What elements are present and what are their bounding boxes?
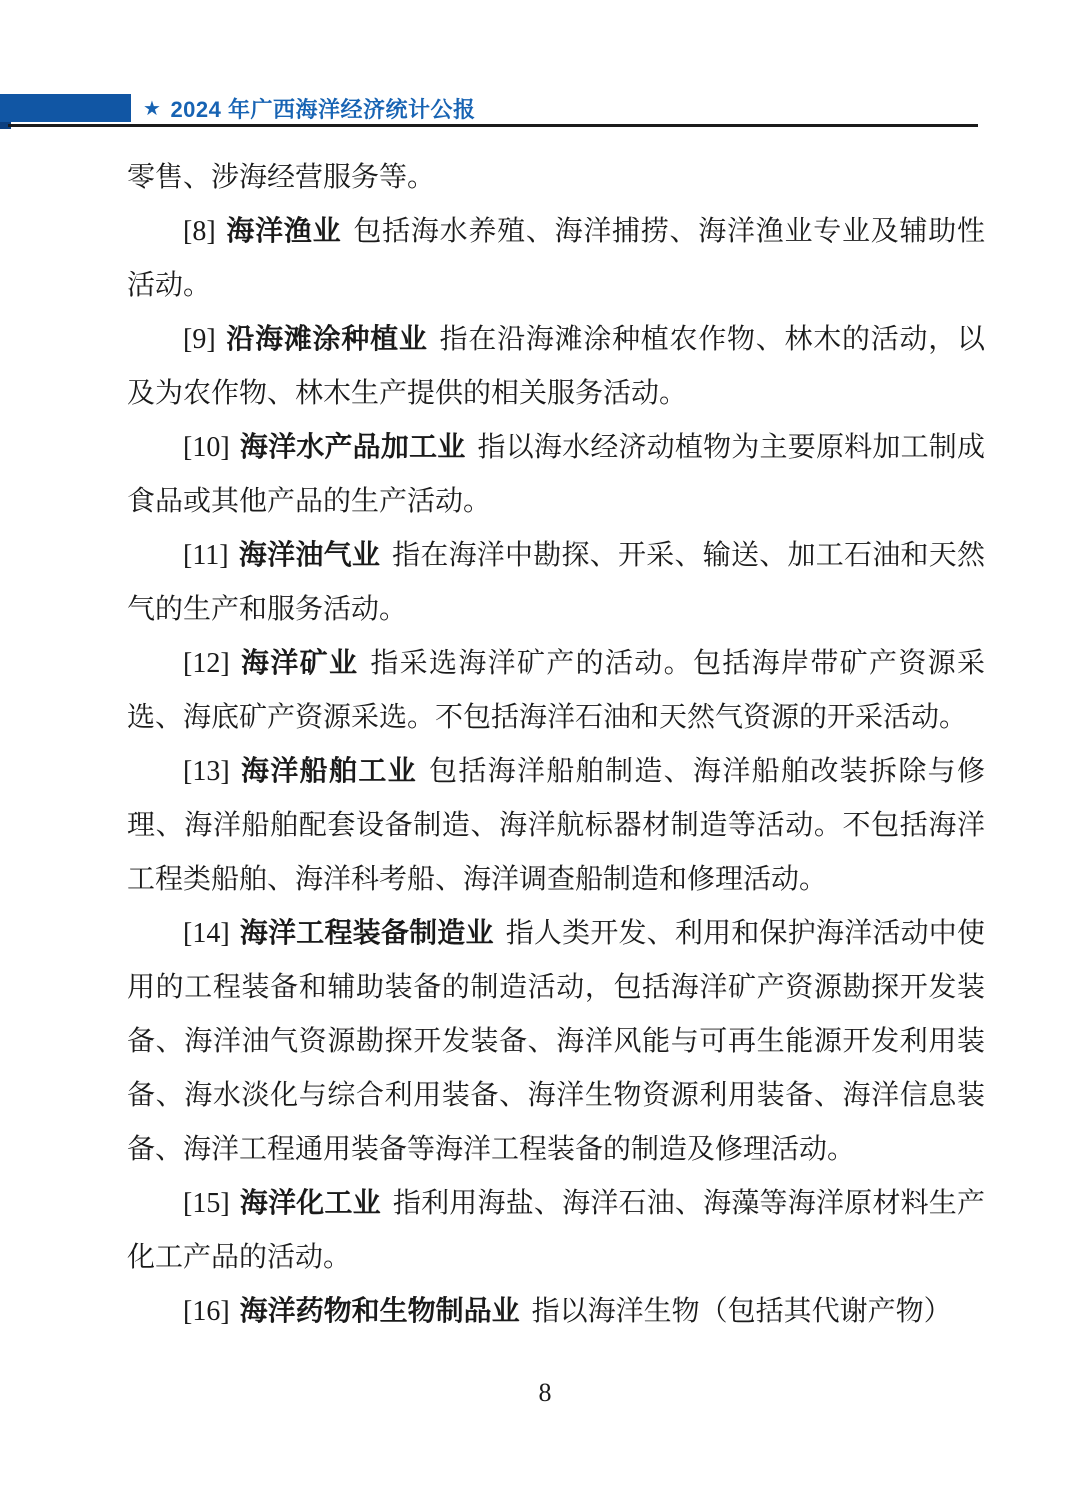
paragraph-number: [14] [183,918,230,949]
paragraph-term: 海洋船舶工业 [240,756,417,787]
paragraph-12: [12]海洋矿业指采选海洋矿产的活动。包括海岸带矿产资源采选、海底矿产资源采选。… [127,637,985,745]
document-body: 零售、涉海经营服务等。 [8]海洋渔业包括海水养殖、海洋捕捞、海洋渔业专业及辅助… [127,151,985,1339]
paragraph-term: 海洋工程装备制造业 [240,918,494,949]
paragraph-13: [13]海洋船舶工业包括海洋船舶制造、海洋船舶改装拆除与修理、海洋船舶配套设备制… [127,745,985,907]
page-number: 8 [0,1378,1090,1408]
paragraph-text: 指人类开发、利用和保护海洋活动中使用的工程装备和辅助装备的制造活动，包括海洋矿产… [127,918,985,1165]
header-accent-bar [0,94,131,122]
header-rule [8,124,978,127]
paragraph-number: [9] [183,324,216,355]
paragraph-9: [9]沿海滩涂种植业指在沿海滩涂种植农作物、林木的活动，以及为农作物、林木生产提… [127,313,985,421]
paragraph-number: [15] [183,1188,230,1219]
paragraph-number: [16] [183,1296,230,1327]
paragraph-10: [10]海洋水产品加工业指以海水经济动植物为主要原料加工制成食品或其他产品的生产… [127,421,985,529]
paragraph-term: 海洋矿业 [240,648,359,679]
paragraph-number: [10] [183,432,230,463]
paragraph-8: [8]海洋渔业包括海水养殖、海洋捕捞、海洋渔业专业及辅助性活动。 [127,205,985,313]
paragraph-15: [15]海洋化工业指利用海盐、海洋石油、海藻等海洋原材料生产化工产品的活动。 [127,1177,985,1285]
paragraph-text: 零售、涉海经营服务等。 [127,162,435,193]
paragraph-16: [16]海洋药物和生物制品业指以海洋生物（包括其代谢产物） [127,1285,985,1339]
paragraph-14: [14]海洋工程装备制造业指人类开发、利用和保护海洋活动中使用的工程装备和辅助装… [127,907,985,1177]
paragraph-number: [13] [183,756,230,787]
paragraph-term: 海洋渔业 [226,216,342,247]
paragraph-number: [11] [183,540,229,571]
paragraph-11: [11]海洋油气业指在海洋中勘探、开采、输送、加工石油和天然气的生产和服务活动。 [127,529,985,637]
paragraph-term: 沿海滩涂种植业 [226,324,428,355]
paragraph-term: 海洋药物和生物制品业 [240,1296,520,1327]
paragraph-term: 海洋化工业 [240,1188,381,1219]
paragraph-term: 海洋水产品加工业 [240,432,466,463]
header-title-text: 2024 年广西海洋经济统计公报 [170,93,475,124]
paragraph-text: 指以海洋生物（包括其代谢产物） [532,1296,952,1327]
paragraph-number: [8] [183,216,216,247]
document-page: ★2024 年广西海洋经济统计公报 零售、涉海经营服务等。 [8]海洋渔业包括海… [0,0,1090,1489]
paragraph-number: [12] [183,648,230,679]
star-icon: ★ [143,96,161,121]
paragraph-term: 海洋油气业 [239,540,380,571]
paragraph-continuation: 零售、涉海经营服务等。 [127,151,985,205]
page-header: ★2024 年广西海洋经济统计公报 [143,94,476,122]
